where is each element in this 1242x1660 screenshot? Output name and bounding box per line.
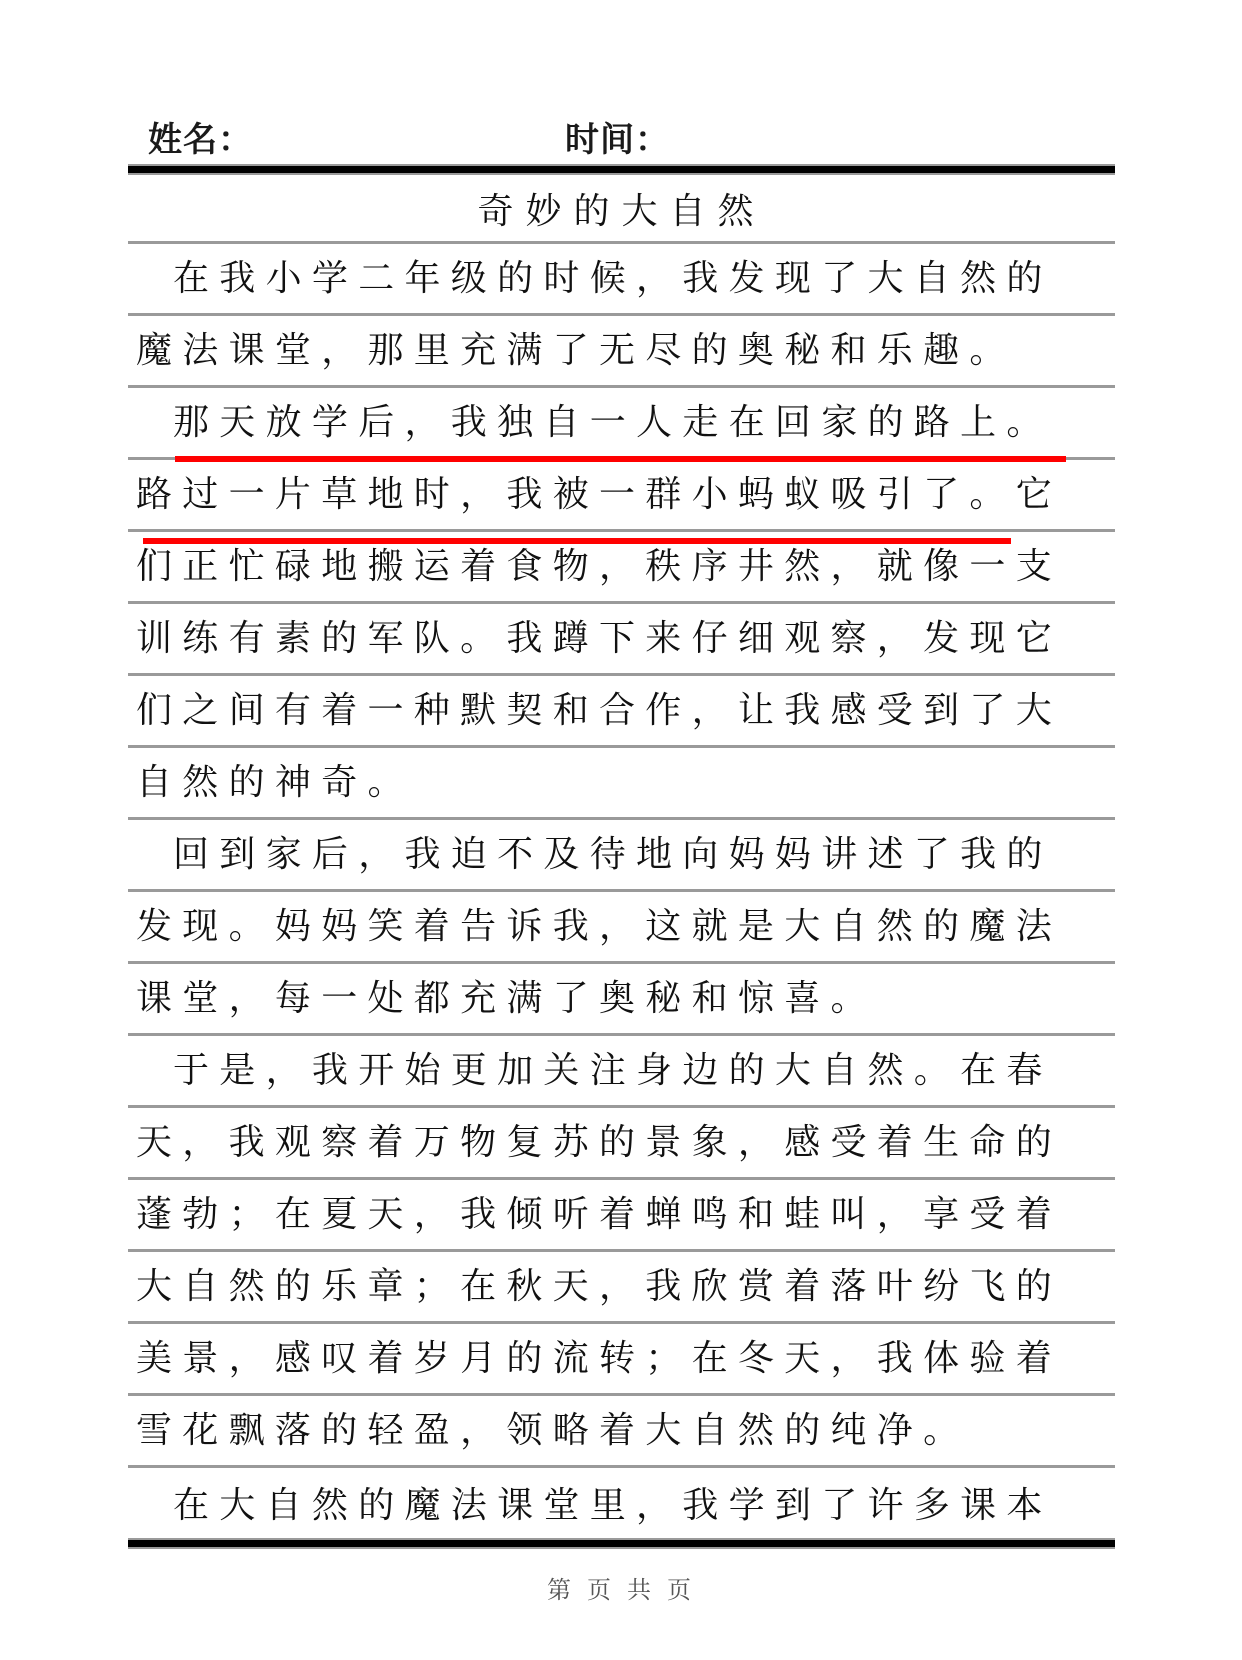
essay-line: 在我小学二年级的时候，我发现了大自然的 <box>128 244 1115 316</box>
line-text: 路过一片草地时，我被一群小蚂蚁吸引了。它 <box>128 466 1062 529</box>
essay-line: 回到家后，我迫不及待地向妈妈讲述了我的 <box>128 820 1115 892</box>
name-field-label: 姓名： <box>148 112 253 161</box>
essay-line: 路过一片草地时，我被一群小蚂蚁吸引了。它 <box>128 460 1115 532</box>
essay-line: 自然的神奇。 <box>128 748 1115 820</box>
title-row: 奇妙的大自然 <box>128 173 1115 244</box>
total-suffix: 页 <box>667 1576 695 1604</box>
line-text: 自然的神奇。 <box>128 754 414 817</box>
page-number-footer: 第页共页 <box>0 1570 1242 1605</box>
line-text: 美景，感叹着岁月的流转；在冬天，我体验着 <box>128 1330 1062 1393</box>
red-underline-mark <box>175 456 1066 462</box>
line-text: 回到家后，我迫不及待地向妈妈讲述了我的 <box>128 826 1053 889</box>
essay-line: 训练有素的军队。我蹲下来仔细观察，发现它 <box>128 604 1115 676</box>
essay-line: 美景，感叹着岁月的流转；在冬天，我体验着 <box>128 1324 1115 1396</box>
essay-line: 课堂，每一处都充满了奥秘和惊喜。 <box>128 964 1115 1036</box>
essay-line: 天，我观察着万物复苏的景象，感受着生命的 <box>128 1108 1115 1180</box>
header-divider <box>128 166 1115 173</box>
total-prefix: 共 <box>627 1576 655 1604</box>
line-text: 那天放学后，我独自一人走在回家的路上。 <box>128 394 1053 457</box>
line-text: 在我小学二年级的时候，我发现了大自然的 <box>128 250 1053 313</box>
red-underline-mark <box>143 538 1011 544</box>
line-text: 们正忙碌地搬运着食物，秩序井然，就像一支 <box>128 538 1062 601</box>
page-suffix: 页 <box>587 1576 615 1604</box>
essay-title: 奇妙的大自然 <box>477 181 765 234</box>
line-text: 们之间有着一种默契和合作，让我感受到了大 <box>128 682 1062 745</box>
essay-line: 发现。妈妈笑着告诉我，这就是大自然的魔法 <box>128 892 1115 964</box>
essay-line: 们之间有着一种默契和合作，让我感受到了大 <box>128 676 1115 748</box>
line-text: 雪花飘落的轻盈，领略着大自然的纯净。 <box>128 1402 969 1465</box>
essay-line: 魔法课堂，那里充满了无尽的奥秘和乐趣。 <box>128 316 1115 388</box>
line-text: 课堂，每一处都充满了奥秘和惊喜。 <box>128 970 877 1033</box>
line-text: 魔法课堂，那里充满了无尽的奥秘和乐趣。 <box>128 322 1016 385</box>
essay-line: 雪花飘落的轻盈，领略着大自然的纯净。 <box>128 1396 1115 1468</box>
essay-sheet: 奇妙的大自然 在我小学二年级的时候，我发现了大自然的 魔法课堂，那里充满了无尽的… <box>128 173 1115 1540</box>
line-text: 蓬勃；在夏天，我倾听着蝉鸣和蛙叫，享受着 <box>128 1186 1062 1249</box>
essay-line: 大自然的乐章；在秋天，我欣赏着落叶纷飞的 <box>128 1252 1115 1324</box>
line-text: 大自然的乐章；在秋天，我欣赏着落叶纷飞的 <box>128 1258 1062 1321</box>
essay-line: 那天放学后，我独自一人走在回家的路上。 <box>128 388 1115 460</box>
line-text: 发现。妈妈笑着告诉我，这就是大自然的魔法 <box>128 898 1062 961</box>
essay-line: 于是，我开始更加关注身边的大自然。在春 <box>128 1036 1115 1108</box>
time-field-label: 时间： <box>565 112 670 161</box>
footer-divider <box>128 1540 1115 1547</box>
essay-line: 在大自然的魔法课堂里，我学到了许多课本 <box>128 1468 1115 1540</box>
line-text: 于是，我开始更加关注身边的大自然。在春 <box>128 1042 1053 1105</box>
line-text: 训练有素的军队。我蹲下来仔细观察，发现它 <box>128 610 1062 673</box>
line-text: 在大自然的魔法课堂里，我学到了许多课本 <box>128 1477 1053 1540</box>
essay-line: 蓬勃；在夏天，我倾听着蝉鸣和蛙叫，享受着 <box>128 1180 1115 1252</box>
page-prefix: 第 <box>547 1576 575 1604</box>
line-text: 天，我观察着万物复苏的景象，感受着生命的 <box>128 1114 1062 1177</box>
